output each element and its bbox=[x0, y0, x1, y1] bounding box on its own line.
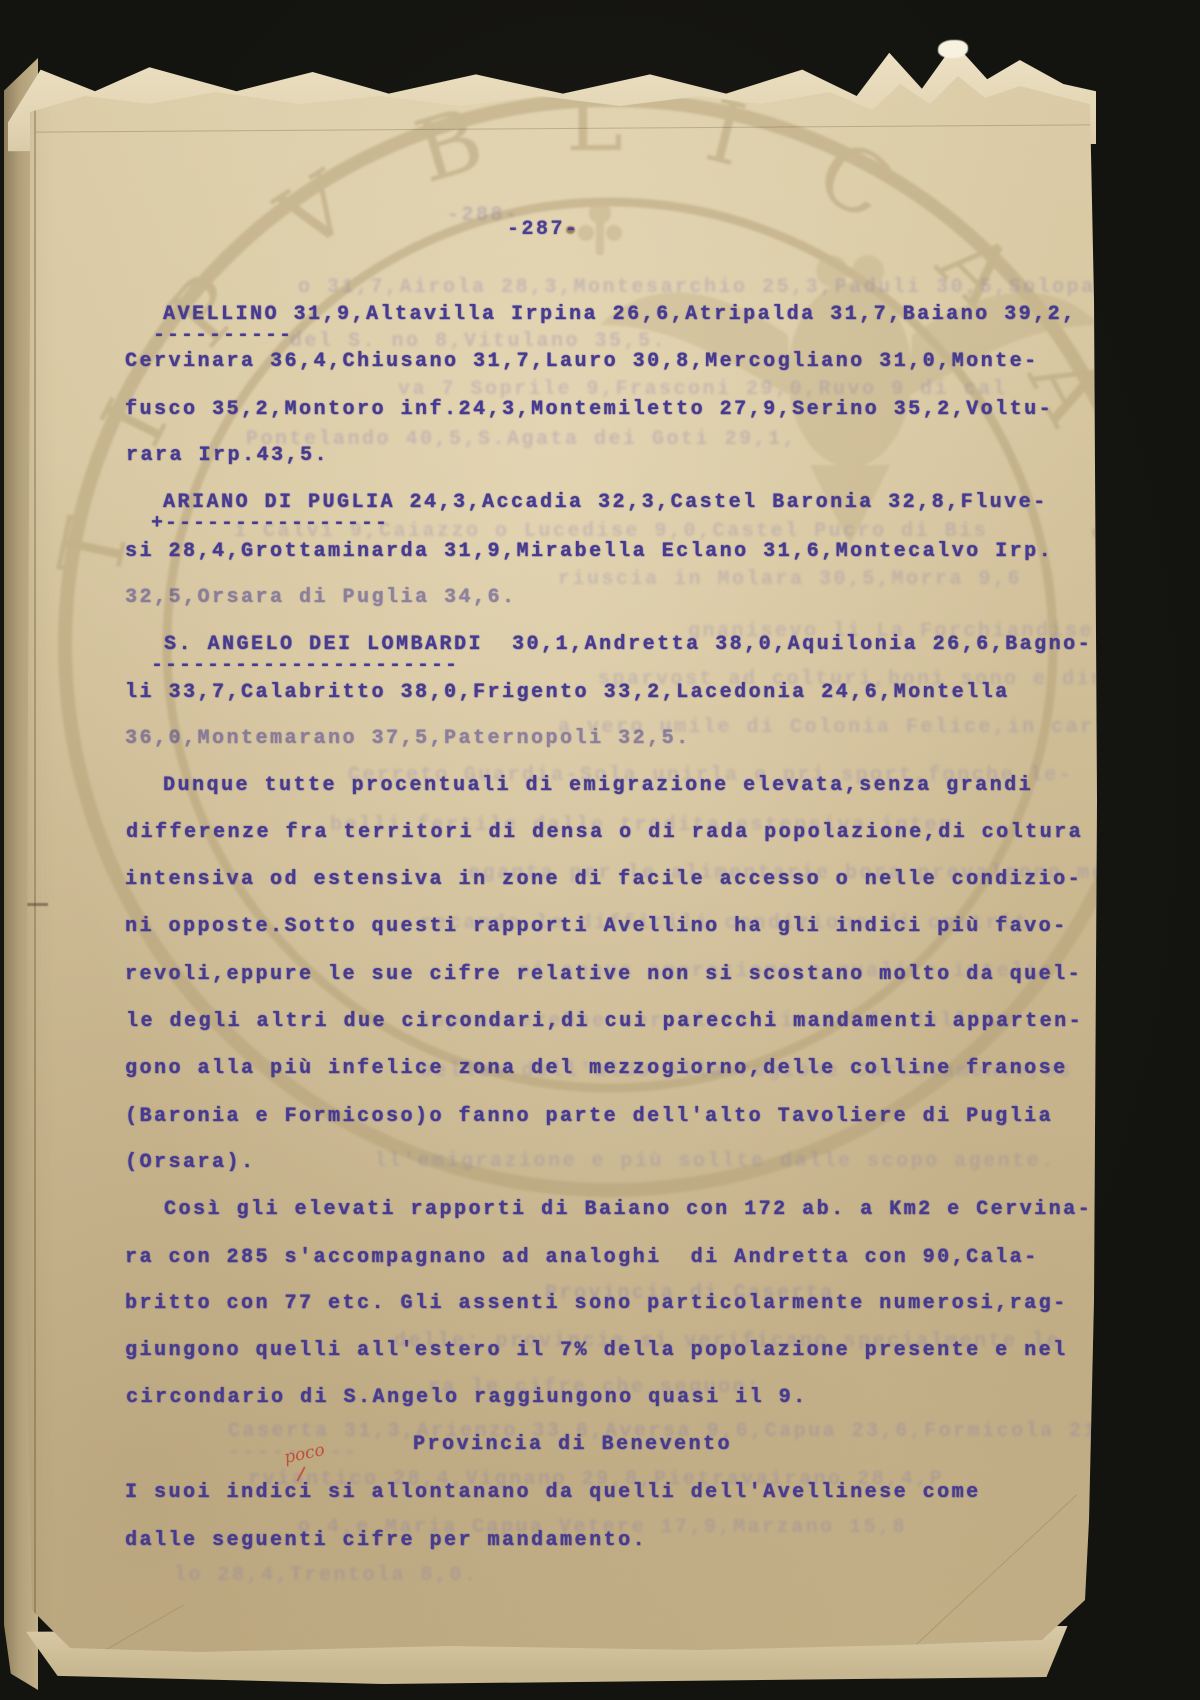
paper-tear-flap bbox=[938, 40, 968, 58]
text-line: ra con 285 s'accompagnano ad analoghi di… bbox=[125, 1246, 1039, 1269]
text-line: Così gli elevati rapporti di Baiano con … bbox=[126, 1198, 1092, 1221]
text-line: gono alla più infelice zona del mezzogio… bbox=[125, 1057, 1068, 1080]
text-line: (Orsara). bbox=[125, 1151, 256, 1174]
text-line: Dunque tutte procentuali di emigrazione … bbox=[125, 774, 1033, 797]
text-line: rara Irp.43,5. bbox=[126, 444, 329, 467]
text-line: ARIANO DI PUGLIA 24,3,Accadia 32,3,Caste… bbox=[125, 491, 1048, 514]
text-line: Cervinara 36,4,Chiusano 31,7,Lauro 30,8,… bbox=[125, 350, 1039, 373]
bleedthrough-line: ll'emigrazione e più sollte dalle scopo … bbox=[374, 1150, 1056, 1173]
text-line: dalle seguenti cifre per mandamento. bbox=[125, 1529, 647, 1552]
text-line: I suoi indici si allontanano da quelli d… bbox=[125, 1481, 981, 1504]
typed-underline: ---------- bbox=[153, 324, 293, 347]
paper-sheet: T I P V B L I C A A V G E o bbox=[0, 0, 1200, 1700]
bleedthrough-line: riuscia in Molara 30,5,Morra 9,6 bbox=[558, 568, 1022, 591]
text-line: Provincia di Benevento bbox=[125, 1433, 732, 1456]
text-line: differenze fra territori di densa o di r… bbox=[126, 821, 1083, 844]
text-line: britto con 77 etc. Gli assenti sono part… bbox=[125, 1292, 1068, 1315]
bleedthrough-line: o 31,7,Airola 28,3,Montesarchio 25,3,Pad… bbox=[298, 276, 1110, 299]
text-line: 36,0,Montemarano 37,5,Paternopoli 32,5. bbox=[125, 727, 691, 750]
text-line: revoli,eppure le sue cifre relative non … bbox=[125, 963, 1082, 986]
scanned-document-page: T I P V B L I C A A V G E o bbox=[0, 0, 1200, 1700]
text-line: si 28,4,Grottaminarda 31,9,Mirabella Ecl… bbox=[125, 540, 1053, 563]
text-line: li 33,7,Calabritto 38,0,Frigento 33,2,La… bbox=[125, 681, 1010, 704]
paper-fold-line bbox=[34, 100, 36, 1640]
watermark-seal-icon: T I P V B L I C A A V G E bbox=[40, 75, 1200, 1335]
text-line: circondario di S.Angelo raggiungono quas… bbox=[126, 1386, 808, 1409]
page-number: -287- bbox=[507, 218, 580, 241]
text-line: fusco 35,2,Montoro inf.24,3,Montemiletto… bbox=[125, 398, 1053, 421]
text-line: 32,5,Orsara di Puglia 34,6. bbox=[125, 586, 517, 609]
text-line: S. ANGELO DEI LOMBARDI 30,1,Andretta 38,… bbox=[126, 633, 1092, 656]
typed-underline: ---------------------- bbox=[151, 654, 459, 677]
seal-fleur-ornament bbox=[578, 202, 622, 255]
bleedthrough-line: lo 28,4,Trentola 8,0. bbox=[174, 1564, 479, 1587]
text-line: giungono quelli all'estero il 7% della p… bbox=[125, 1339, 1068, 1362]
text-line: (Baronia e Formicoso)o fanno parte dell'… bbox=[125, 1105, 1053, 1128]
text-line: le degli altri due circondari,di cui par… bbox=[126, 1010, 1083, 1033]
text-line: intensiva od estensiva in zone di facile… bbox=[125, 868, 1082, 891]
text-line: AVELLINO 31,9,Altavilla Irpina 26,6,Atri… bbox=[125, 303, 1077, 326]
text-line: ni opposte.Sotto questi rapporti Avellin… bbox=[125, 915, 1068, 938]
typed-underline: +---------------- bbox=[151, 512, 389, 535]
